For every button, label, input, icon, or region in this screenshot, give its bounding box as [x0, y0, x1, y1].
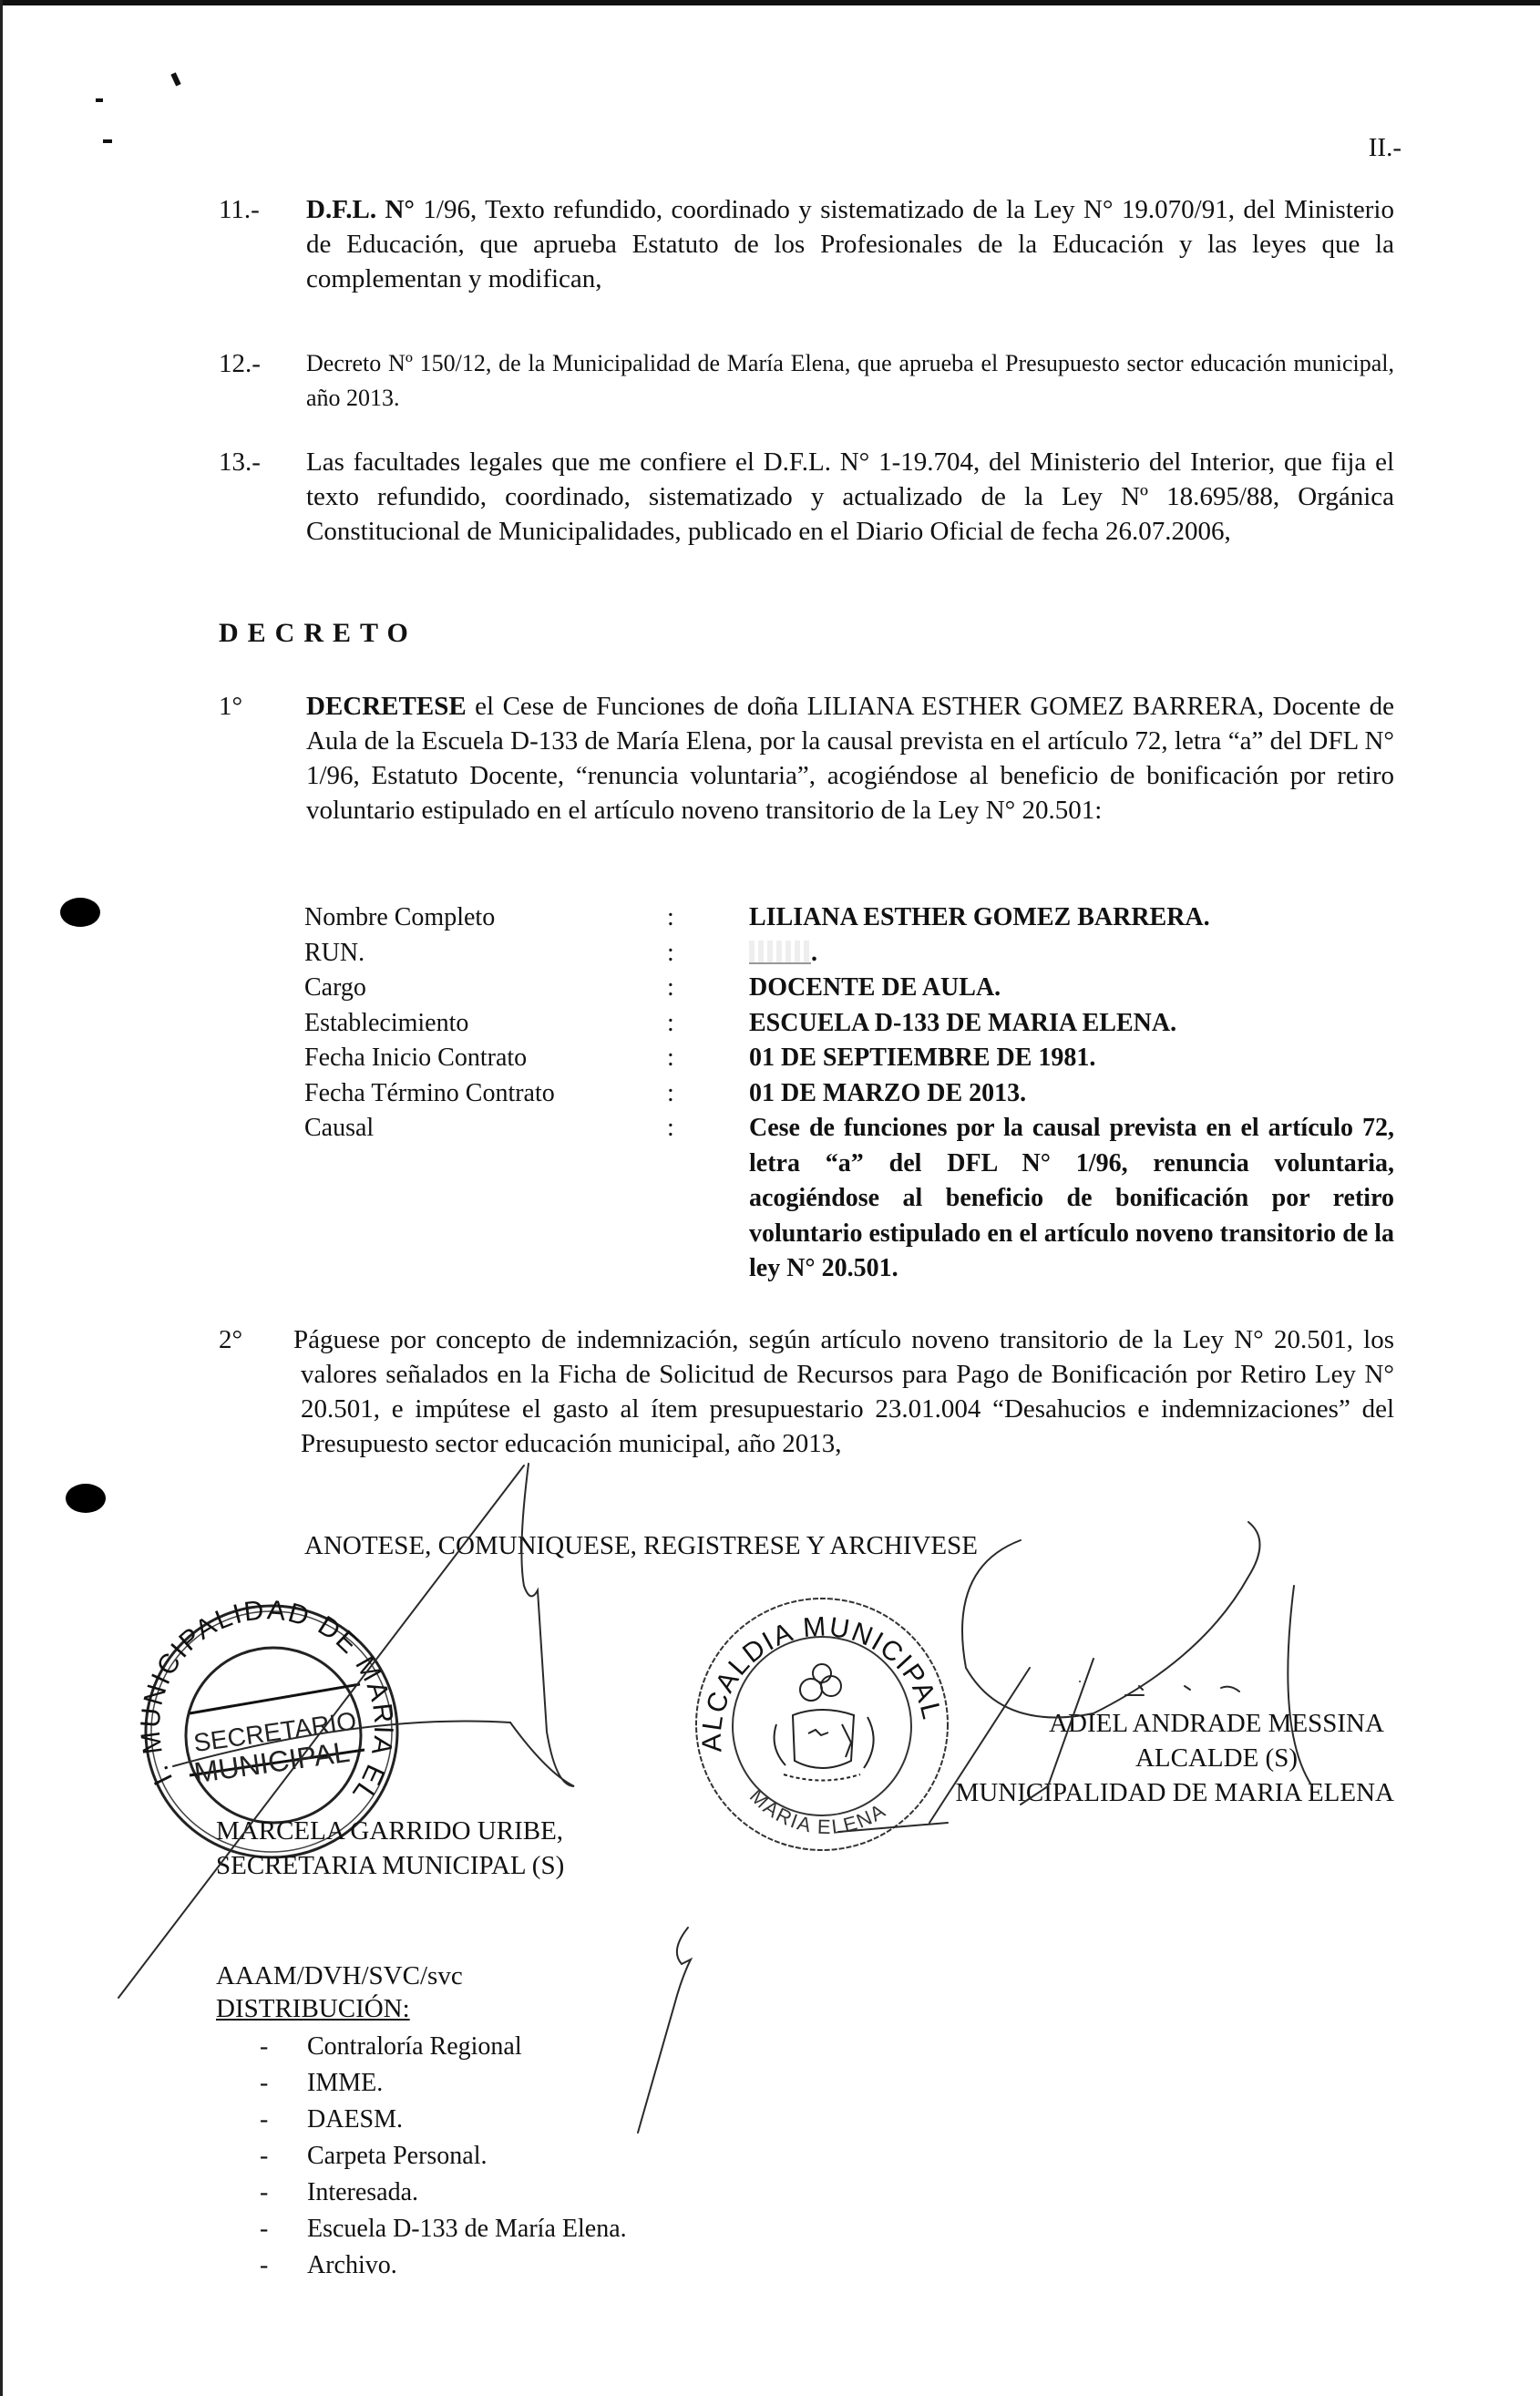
distribution-list: -Contraloría Regional-IMME.-DAESM.-Carpe…	[260, 2029, 627, 2284]
article-text: DECRETESE el Cese de Funciones de doña L…	[306, 689, 1394, 828]
distribution-item-text: IMME.	[307, 2069, 383, 2097]
list-dash: -	[260, 2138, 268, 2175]
distribution-item-text: Interesada.	[307, 2178, 418, 2206]
document-page: II.- 11.- D.F.L. N° 1/96, Texto refundid…	[0, 0, 1540, 2396]
employee-details-table: Nombre Completo:LILIANA ESTHER GOMEZ BAR…	[304, 900, 1394, 1287]
considerando-item: 11.- D.F.L. N° 1/96, Texto refundido, co…	[219, 192, 1394, 302]
distribution-item: -IMME.	[260, 2065, 627, 2102]
detail-label: Fecha Inicio Contrato	[304, 1041, 651, 1076]
signatory-title: SECRETARIA MUNICIPAL (S)	[216, 1848, 564, 1883]
detail-row: Establecimiento:ESCUELA D-133 DE MARIA E…	[304, 1006, 1394, 1042]
detail-value-text: Cese de funciones por la causal prevista…	[749, 1114, 1394, 1282]
detail-label: Causal	[304, 1111, 651, 1147]
detail-value-text: 01 DE MARZO DE 2013.	[749, 1079, 1026, 1107]
detail-value: 01 DE SEPTIEMBRE DE 1981.	[749, 1041, 1394, 1076]
item-number: 11.-	[219, 192, 260, 227]
distribution-item: -DAESM.	[260, 2102, 627, 2138]
distribution-item-text: Archivo.	[307, 2251, 397, 2279]
coat-of-arms-icon	[775, 1664, 874, 1781]
considerando-item: 13.- Las facultades legales que me confi…	[219, 445, 1394, 618]
list-dash: -	[260, 2211, 268, 2247]
scan-top-edge	[0, 0, 1540, 5]
detail-value-text: ESCUELA D-133 DE MARIA ELENA.	[749, 1009, 1176, 1037]
detail-separator: :	[667, 971, 674, 1006]
list-dash: -	[260, 2065, 268, 2102]
signatory-name: MARCELA GARRIDO URIBE,	[216, 1814, 564, 1848]
distribution-item-text: Escuela D-133 de María Elena.	[307, 2215, 627, 2243]
considerando-item: 12.- Decreto Nº 150/12, de la Municipali…	[219, 346, 1394, 419]
article-bold-lead: DECRETESE	[306, 692, 467, 721]
detail-separator: :	[667, 1041, 674, 1076]
page-number: II.-	[1369, 133, 1401, 163]
punch-hole	[66, 1484, 106, 1513]
decree-heading: DECRETO	[219, 618, 417, 649]
detail-separator: :	[667, 1076, 674, 1112]
item-text-bold: D.F.L. N°	[306, 195, 415, 224]
list-dash: -	[260, 2102, 268, 2138]
detail-row: RUN.:.	[304, 936, 1394, 972]
distribution-item-text: Contraloría Regional	[307, 2032, 522, 2061]
distribution-item: -Carpeta Personal.	[260, 2138, 627, 2175]
scan-mark	[170, 72, 180, 86]
signatory-name: ADIEL ANDRADE MESSINA	[929, 1706, 1394, 1741]
scan-left-edge	[0, 0, 3, 2396]
detail-separator: :	[667, 1006, 674, 1042]
article-number: 1°	[219, 689, 242, 724]
item-text: Las facultades legales que me confiere e…	[306, 445, 1394, 549]
detail-row: Causal:Cese de funciones por la causal p…	[304, 1111, 1394, 1287]
detail-row: Cargo:DOCENTE DE AULA.	[304, 971, 1394, 1006]
detail-value: ESCUELA D-133 DE MARIA ELENA.	[749, 1006, 1394, 1042]
scan-mark	[96, 98, 103, 102]
signatory-title: ALCALDE (S)	[929, 1741, 1394, 1775]
detail-row: Nombre Completo:LILIANA ESTHER GOMEZ BAR…	[304, 900, 1394, 936]
decree-article-2: 2° Páguese por concepto de indemnización…	[219, 1322, 1394, 1505]
detail-separator: :	[667, 936, 674, 972]
detail-value: Cese de funciones por la causal prevista…	[749, 1111, 1394, 1287]
seal-ring-text-bottom: MARIA ELENA	[745, 1784, 890, 1838]
scan-mark	[103, 139, 112, 143]
item-number: 12.-	[219, 346, 261, 381]
signatory-mayor: ADIEL ANDRADE MESSINA ALCALDE (S) MUNICI…	[929, 1706, 1394, 1810]
distribution-item-text: DAESM.	[307, 2105, 403, 2134]
detail-separator: :	[667, 1111, 674, 1147]
list-dash: -	[260, 2175, 268, 2211]
decree-article-1: 1° DECRETESE el Cese de Funciones de doñ…	[219, 689, 1394, 871]
detail-value-text: .	[811, 939, 817, 967]
detail-value-text: LILIANA ESTHER GOMEZ BARRERA.	[749, 903, 1210, 931]
item-text: Decreto Nº 150/12, de la Municipalidad d…	[306, 346, 1394, 416]
distribution-item: -Contraloría Regional	[260, 2029, 627, 2065]
signatory-organization: MUNICIPALIDAD DE MARIA ELENA	[929, 1775, 1394, 1810]
distribution-item: -Escuela D-133 de María Elena.	[260, 2211, 627, 2247]
detail-separator: :	[667, 900, 674, 936]
article-text: Páguese por concepto de indemnización, s…	[301, 1322, 1394, 1461]
detail-value-text: 01 DE SEPTIEMBRE DE 1981.	[749, 1044, 1095, 1072]
detail-value: .	[749, 936, 1394, 972]
detail-row: Fecha Inicio Contrato:01 DE SEPTIEMBRE D…	[304, 1041, 1394, 1076]
distribution-item: -Archivo.	[260, 2247, 627, 2284]
punch-hole	[60, 898, 100, 927]
detail-value: DOCENTE DE AULA.	[749, 971, 1394, 1006]
detail-label: Cargo	[304, 971, 651, 1006]
redacted-run	[749, 941, 811, 964]
detail-value-text: DOCENTE DE AULA.	[749, 973, 1001, 1002]
detail-label: Establecimiento	[304, 1006, 651, 1042]
detail-row: Fecha Término Contrato:01 DE MARZO DE 20…	[304, 1076, 1394, 1112]
item-number: 13.-	[219, 445, 261, 479]
distribution-heading: DISTRIBUCIÓN:	[216, 1994, 410, 2024]
detail-label: Nombre Completo	[304, 900, 651, 936]
list-dash: -	[260, 2029, 268, 2065]
distribution-item: -Interesada.	[260, 2175, 627, 2211]
article-body: el Cese de Funciones de doña LILIANA EST…	[306, 692, 1394, 825]
detail-label: Fecha Término Contrato	[304, 1076, 651, 1112]
item-text: D.F.L. N° 1/96, Texto refundido, coordin…	[306, 192, 1394, 296]
detail-label: RUN.	[304, 936, 651, 972]
article-number: 2°	[219, 1322, 242, 1357]
detail-value: LILIANA ESTHER GOMEZ BARRERA.	[749, 900, 1394, 936]
list-dash: -	[260, 2247, 268, 2284]
detail-value: 01 DE MARZO DE 2013.	[749, 1076, 1394, 1112]
initials-reference: AAAM/DVH/SVC/svc	[216, 1961, 463, 1991]
svg-text:MARIA ELENA: MARIA ELENA	[745, 1784, 890, 1838]
mayor-seal: ALCALDIA MUNICIPAL MARIA ELENA	[685, 1588, 959, 1866]
item-text-body: 1/96, Texto refundido, coordinado y sist…	[306, 195, 1394, 293]
closing-formula: ANOTESE, COMUNIQUESE, REGISTRESE Y ARCHI…	[304, 1531, 978, 1561]
signatory-secretary: MARCELA GARRIDO URIBE, SECRETARIA MUNICI…	[216, 1814, 564, 1883]
distribution-item-text: Carpeta Personal.	[307, 2142, 488, 2170]
